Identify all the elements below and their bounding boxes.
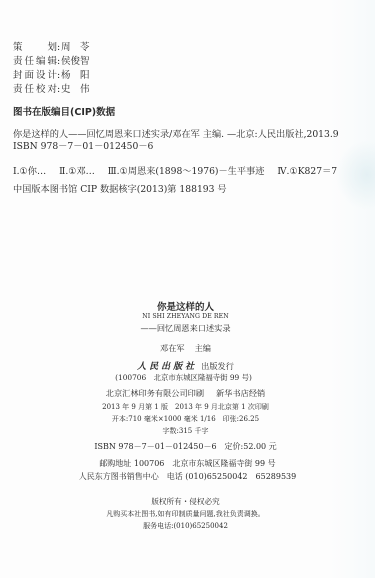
book-title-pinyin: NI SHI ZHEYANG DE REN (0, 313, 373, 320)
credit-proofreader: 责任校对:史 伟 (13, 83, 90, 97)
book-title: 你是这样的人 (0, 299, 373, 313)
publisher-action: 出版发行 (201, 361, 234, 371)
isbn: ISBN 978－7－01－012450－6 (94, 442, 216, 451)
cip-library-number: 中国版本图书馆 CIP 数据核字(2013)第 188193 号 (13, 181, 227, 195)
cip-classification: Ⅰ.①你… Ⅱ.①邓… Ⅲ.①周恩来(1898～1976)－生平事迹 Ⅳ.①K8… (13, 163, 347, 177)
cip-isbn-line: ISBN 978－7－01－012450－6 (13, 141, 339, 153)
cip-record-line: 你是这样的人——回忆周恩来口述实录/邓在军 主编. —北京:人民出版社,2013… (13, 129, 339, 141)
sales-center: 人民东方图书销售中心 电话 (010)65250042 65289539 (0, 471, 375, 482)
cip-class-4: Ⅳ.①K827＝7 (277, 166, 337, 177)
credit-label: 责任校对 (13, 83, 57, 97)
word-count: 字数:315 千字 (0, 426, 373, 436)
cip-record: 你是这样的人——回忆周恩来口述实录/邓在军 主编. —北京:人民出版社,2013… (13, 129, 339, 153)
publisher-line: 人民出版社出版发行 (0, 359, 373, 372)
credit-editor: 责任编辑:侯俊智 (13, 55, 90, 69)
editor-role: 主编 (195, 343, 211, 353)
return-notice: 凡购买本社图书,如有印制质量问题,我社负责调换。 (0, 509, 373, 519)
cip-class-2: Ⅱ.①邓… (59, 166, 95, 177)
credit-cover-design: 封面设计:杨 阳 (13, 69, 90, 83)
credit-planner: 策划:周 苓 (13, 41, 90, 55)
editor-name: 邓在军 (160, 343, 185, 353)
credit-value: 侯俊智 (61, 55, 90, 69)
credit-label: 责任编辑 (13, 55, 57, 69)
credit-value: 周 苓 (61, 41, 90, 55)
mail-order-address: 邮购地址 100706 北京市东城区隆福寺街 99 号 (0, 458, 375, 469)
credit-value: 杨 阳 (61, 69, 90, 83)
cip-class-3: Ⅲ.①周恩来(1898～1976)－生平事迹 (108, 166, 265, 177)
price: 定价:52.00 元 (225, 442, 277, 451)
publisher-address: (100706 北京市东城区隆福寺街 99 号) (0, 372, 371, 383)
isbn-price-line: ISBN 978－7－01－012450－6定价:52.00 元 (0, 441, 373, 452)
publisher-logo: 人民出版社 (137, 362, 197, 372)
distributor-name: 新华书店经销 (216, 388, 265, 398)
cip-class-1: Ⅰ.①你… (13, 166, 46, 177)
copyright-page: 策划:周 苓 责任编辑:侯俊智 封面设计:杨 阳 责任校对:史 伟 图书在版编目… (0, 0, 375, 578)
credits-block: 策划:周 苓 责任编辑:侯俊智 封面设计:杨 阳 责任校对:史 伟 (13, 41, 90, 97)
editor-line: 邓在军主编 (0, 343, 373, 354)
book-subtitle: ——回忆周恩来口述实录 (0, 323, 373, 334)
credit-value: 史 伟 (61, 83, 90, 97)
copyright-notice: 版权所有・侵权必究 (0, 496, 373, 507)
edition-line: 2013 年 9 月第 1 版 2013 年 9 月北京第 1 次印刷 (0, 402, 373, 412)
printer-line: 北京汇林印务有限公司印刷新华书店经销 (0, 388, 373, 399)
printer-name: 北京汇林印务有限公司印刷 (106, 388, 204, 398)
cip-heading: 图书在版编目(CIP)数据 (13, 104, 115, 118)
format-line: 开本:710 毫米×1000 毫米 1/16 印张:26.25 (0, 414, 373, 424)
credit-label: 策划 (13, 41, 57, 55)
service-phone: 服务电话:(010)65250042 (0, 521, 373, 531)
credit-label: 封面设计 (13, 69, 57, 83)
